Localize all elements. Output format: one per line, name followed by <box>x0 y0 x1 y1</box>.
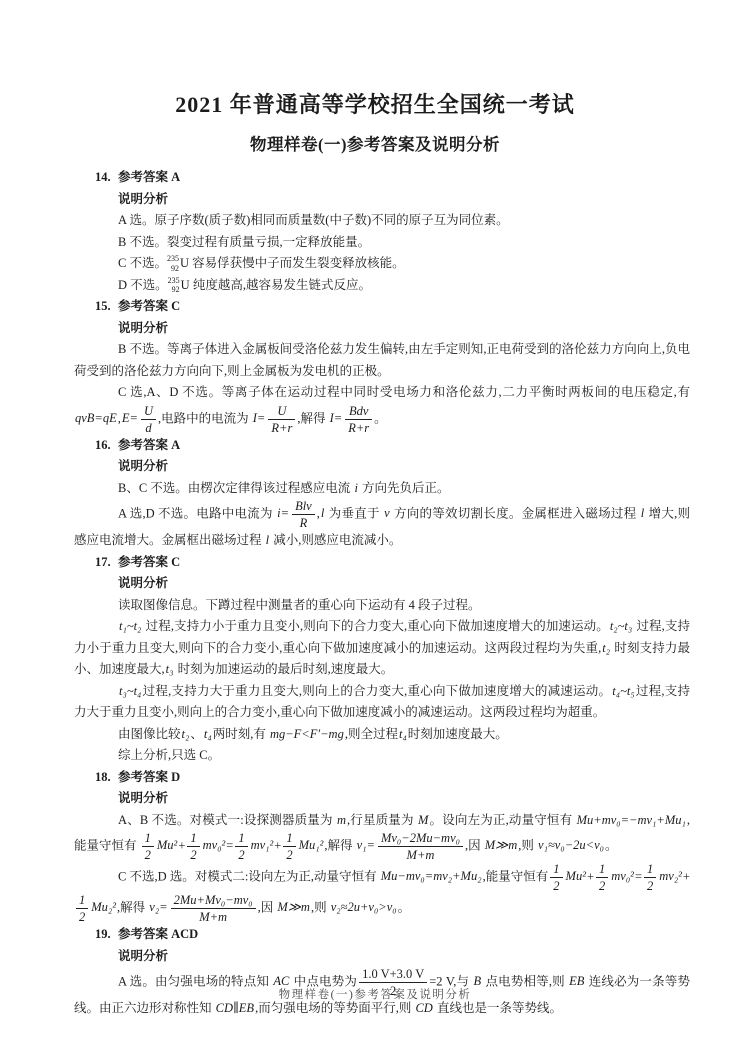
item-header: 15.参考答案 C <box>95 296 690 318</box>
math-expression: M≫m <box>484 838 519 852</box>
math-expression: CD∥EB <box>215 1001 255 1015</box>
explanation-paragraph: t₁~t₂ 过程,支持力小于重力且变小,则向下的合力变大,重心向下做加速度增大的… <box>74 616 690 681</box>
math-expression: t₄ <box>203 727 213 741</box>
fraction-denominator: 2 <box>235 847 247 862</box>
fraction-denominator: 2 <box>187 847 199 862</box>
explanation-paragraph: A 选,D 不选。电路中电流为 i=BlvR,l 为垂直于 v 方向的等效切割长… <box>74 499 690 552</box>
fraction-denominator: R+r <box>268 420 295 435</box>
explanation-paragraph: C 不选,D 选。对模式二:设向左为正,动量守恒有 Mu−mv₀=mv₂+Mu₂… <box>74 862 690 924</box>
fraction-denominator: R+r <box>345 420 372 435</box>
section-label: 说明分析 <box>118 318 690 340</box>
math-expression: m <box>336 813 347 827</box>
math-expression: Mu² <box>156 838 178 852</box>
math-expression: E= <box>121 411 139 425</box>
answer-item-17: 17.参考答案 C说明分析读取图像信息。下蹲过程中测量者的重心向下运动有 4 段… <box>74 552 690 767</box>
fraction: Ud <box>141 404 156 435</box>
item-number: 17. <box>95 552 118 574</box>
math-expression: t₃~t₄ <box>118 684 142 698</box>
fraction-denominator: R <box>292 515 315 530</box>
fraction-numerator: Mv₀−2Mu−mv₀ <box>378 831 463 847</box>
explanation-paragraph: t₃~t₄过程,支持力大于重力且变大,则向上的合力变大,重心向下做加速度增大的减… <box>74 681 690 724</box>
answer-label: 参考答案 C <box>118 299 180 313</box>
answer-label: 参考答案 C <box>118 555 180 569</box>
fraction: 12 <box>550 862 562 893</box>
math-expression: CD <box>414 1001 433 1015</box>
section-label: 说明分析 <box>118 788 690 810</box>
answers-list: 14.参考答案 A说明分析A 选。原子序数(质子数)相同而质量数(中子数)不同的… <box>74 167 690 1020</box>
fraction-numerator: Blv <box>292 499 315 515</box>
math-expression: t₂ <box>181 727 191 741</box>
math-expression: l <box>320 506 325 520</box>
math-expression: Mu₁² <box>298 838 325 852</box>
math-expression: t₄~t₅ <box>611 684 635 698</box>
fraction: 12 <box>76 893 88 924</box>
page-footer: 物理样卷(一)参考答案及说明分析 <box>0 986 750 1002</box>
fraction-denominator: 2 <box>596 878 608 893</box>
fraction-denominator: M+m <box>171 909 256 924</box>
fraction: Mv₀−2Mu−mv₀M+m <box>378 831 463 862</box>
math-expression: Mu₂² <box>90 900 117 914</box>
math-expression: v <box>383 506 391 520</box>
fraction-denominator: 2 <box>283 847 295 862</box>
math-expression: M <box>417 813 429 827</box>
fraction: 2Mu+Mv₀−mv₀M+m <box>171 893 256 924</box>
element-symbol: U <box>181 278 190 292</box>
item-number: 16. <box>95 435 118 457</box>
fraction: BlvR <box>292 499 315 530</box>
fraction-numerator: 1 <box>283 831 295 847</box>
document-title: 2021 年普通高等学校招生全国统一考试 <box>0 0 750 119</box>
mass-number: 235 <box>168 276 180 286</box>
item-number: 15. <box>95 296 118 318</box>
answer-item-16: 16.参考答案 A说明分析B、C 不选。由楞次定律得该过程感应电流 i 方向先负… <box>74 435 690 552</box>
explanation-paragraph: B、C 不选。由楞次定律得该过程感应电流 i 方向先负后正。 <box>74 478 690 500</box>
answer-item-15: 15.参考答案 C说明分析B 不选。等离子体进入金属板间受洛伦兹力发生偏转,由左… <box>74 296 690 435</box>
answer-item-14: 14.参考答案 A说明分析A 选。原子序数(质子数)相同而质量数(中子数)不同的… <box>74 167 690 296</box>
explanation-paragraph: 由图像比较t₂、t₄两时刻,有 mg−F<F′−mg,则全过程t₄时刻加速度最大… <box>74 724 690 746</box>
fraction-denominator: 2 <box>76 909 88 924</box>
math-expression: t₂~t₃ <box>609 619 633 633</box>
answer-label: 参考答案 A <box>118 170 180 184</box>
document-subtitle: 物理样卷(一)参考答案及说明分析 <box>0 131 750 155</box>
math-expression: M≫m <box>276 900 311 914</box>
math-expression: I= <box>252 411 267 425</box>
fraction-numerator: U <box>141 404 156 420</box>
fraction: 12 <box>235 831 247 862</box>
item-header: 18.参考答案 D <box>95 767 690 789</box>
answer-label: 参考答案 A <box>118 438 180 452</box>
section-label: 说明分析 <box>118 573 690 595</box>
nuclide-notation: 23592U <box>167 256 189 270</box>
item-number: 18. <box>95 767 118 789</box>
fraction-denominator: 2 <box>142 847 154 862</box>
item-header: 16.参考答案 A <box>95 435 690 457</box>
fraction-denominator: d <box>141 420 156 435</box>
fraction-denominator: 2 <box>550 878 562 893</box>
math-expression: mv₁² <box>250 838 275 852</box>
answer-item-18: 18.参考答案 D说明分析A、B 不选。对模式一:设探测器质量为 m,行星质量为… <box>74 767 690 925</box>
math-expression: Mu² <box>565 869 587 883</box>
math-expression: v₁= <box>356 838 376 852</box>
fraction-numerator: Bdv <box>345 404 372 420</box>
answer-label: 参考答案 ACD <box>118 927 198 941</box>
math-expression: qvB=qE <box>74 411 118 425</box>
math-expression: mv₂² <box>658 869 683 883</box>
fraction-numerator: 1 <box>187 831 199 847</box>
explanation-paragraph: 综上分析,只选 C。 <box>74 745 690 767</box>
explanation-paragraph: 读取图像信息。下蹲过程中测量者的重心向下运动有 4 段子过程。 <box>74 595 690 617</box>
math-expression: l <box>265 533 270 547</box>
math-expression: i= <box>276 506 290 520</box>
fraction-numerator: 1 <box>596 862 608 878</box>
fraction-denominator: 2 <box>644 878 656 893</box>
fraction-numerator: 1 <box>644 862 656 878</box>
math-expression: t₁~t₂ <box>118 619 142 633</box>
fraction: 12 <box>283 831 295 862</box>
math-expression: mv₀² <box>202 838 227 852</box>
item-header: 14.参考答案 A <box>95 167 690 189</box>
math-expression: t₄ <box>398 727 408 741</box>
math-expression: t₂ <box>601 641 611 655</box>
explanation-paragraph: A 选。原子序数(质子数)相同而质量数(中子数)不同的原子互为同位素。 <box>74 210 690 232</box>
element-symbol: U <box>180 256 189 270</box>
answer-label: 参考答案 D <box>118 770 180 784</box>
fraction-numerator: 1 <box>235 831 247 847</box>
item-number: 19. <box>95 924 118 946</box>
math-expression: Mu+mv₀=−mv₁+Mu₁ <box>576 813 687 827</box>
math-expression: I= <box>329 411 344 425</box>
explanation-paragraph: B 不选。等离子体进入金属板间受洛伦兹力发生偏转,由左手定则知,正电荷受到的洛伦… <box>74 339 690 382</box>
fraction: BdvR+r <box>345 404 372 435</box>
math-expression: v₂≈2u+v₀>v₀ <box>330 900 398 914</box>
document-page: 2021 年普通高等学校招生全国统一考试 物理样卷(一)参考答案及说明分析 14… <box>0 0 750 1063</box>
explanation-paragraph: C 选,A、D 不选。等离子体在运动过程中同时受电场力和洛伦兹力,二力平衡时两板… <box>74 382 690 435</box>
fraction: UR+r <box>268 404 295 435</box>
item-header: 19.参考答案 ACD <box>95 924 690 946</box>
explanation-paragraph: C 不选。23592U 容易俘获慢中子而发生裂变释放核能。 <box>74 253 690 275</box>
fraction: 12 <box>142 831 154 862</box>
math-expression: i <box>353 481 358 495</box>
nuclide-notation: 23592U <box>168 278 190 292</box>
fraction-numerator: 1 <box>550 862 562 878</box>
explanation-paragraph: A、B 不选。对模式一:设探测器质量为 m,行星质量为 M。设向左为正,动量守恒… <box>74 810 690 863</box>
fraction: 12 <box>644 862 656 893</box>
atomic-number: 92 <box>167 264 179 274</box>
fraction-numerator: 2Mu+Mv₀−mv₀ <box>171 893 256 909</box>
answer-item-19: 19.参考答案 ACD说明分析A 选。由匀强电场的特点知 AC 中点电势为1.0… <box>74 924 690 1020</box>
explanation-paragraph: B 不选。裂变过程有质量亏损,一定释放能量。 <box>74 232 690 254</box>
fraction: 12 <box>596 862 608 893</box>
math-expression: t₃ <box>165 662 175 676</box>
fraction-numerator: 1.0 V+3.0 V <box>359 967 427 983</box>
section-label: 说明分析 <box>118 189 690 211</box>
explanation-paragraph: D 不选。23592U 纯度越高,越容易发生链式反应。 <box>74 275 690 297</box>
mass-number: 235 <box>167 254 179 264</box>
fraction-numerator: 1 <box>76 893 88 909</box>
item-number: 14. <box>95 167 118 189</box>
math-expression: mv₀² <box>610 869 635 883</box>
atomic-number: 92 <box>168 285 180 295</box>
fraction-numerator: 1 <box>142 831 154 847</box>
math-expression: v₁≈v₀−2u<v₀ <box>537 838 605 852</box>
section-label: 说明分析 <box>118 456 690 478</box>
fraction-denominator: M+m <box>378 847 463 862</box>
fraction: 12 <box>187 831 199 862</box>
nuclide-scripts: 23592 <box>167 254 179 273</box>
math-expression: mg−F<F′−mg <box>269 727 345 741</box>
section-label: 说明分析 <box>118 946 690 968</box>
nuclide-scripts: 23592 <box>168 276 180 295</box>
math-expression: v₂= <box>148 900 168 914</box>
item-header: 17.参考答案 C <box>95 552 690 574</box>
fraction-numerator: U <box>268 404 295 420</box>
math-expression: l <box>640 506 645 520</box>
math-expression: Mu−mv₀=mv₂+Mu₂ <box>380 869 483 883</box>
